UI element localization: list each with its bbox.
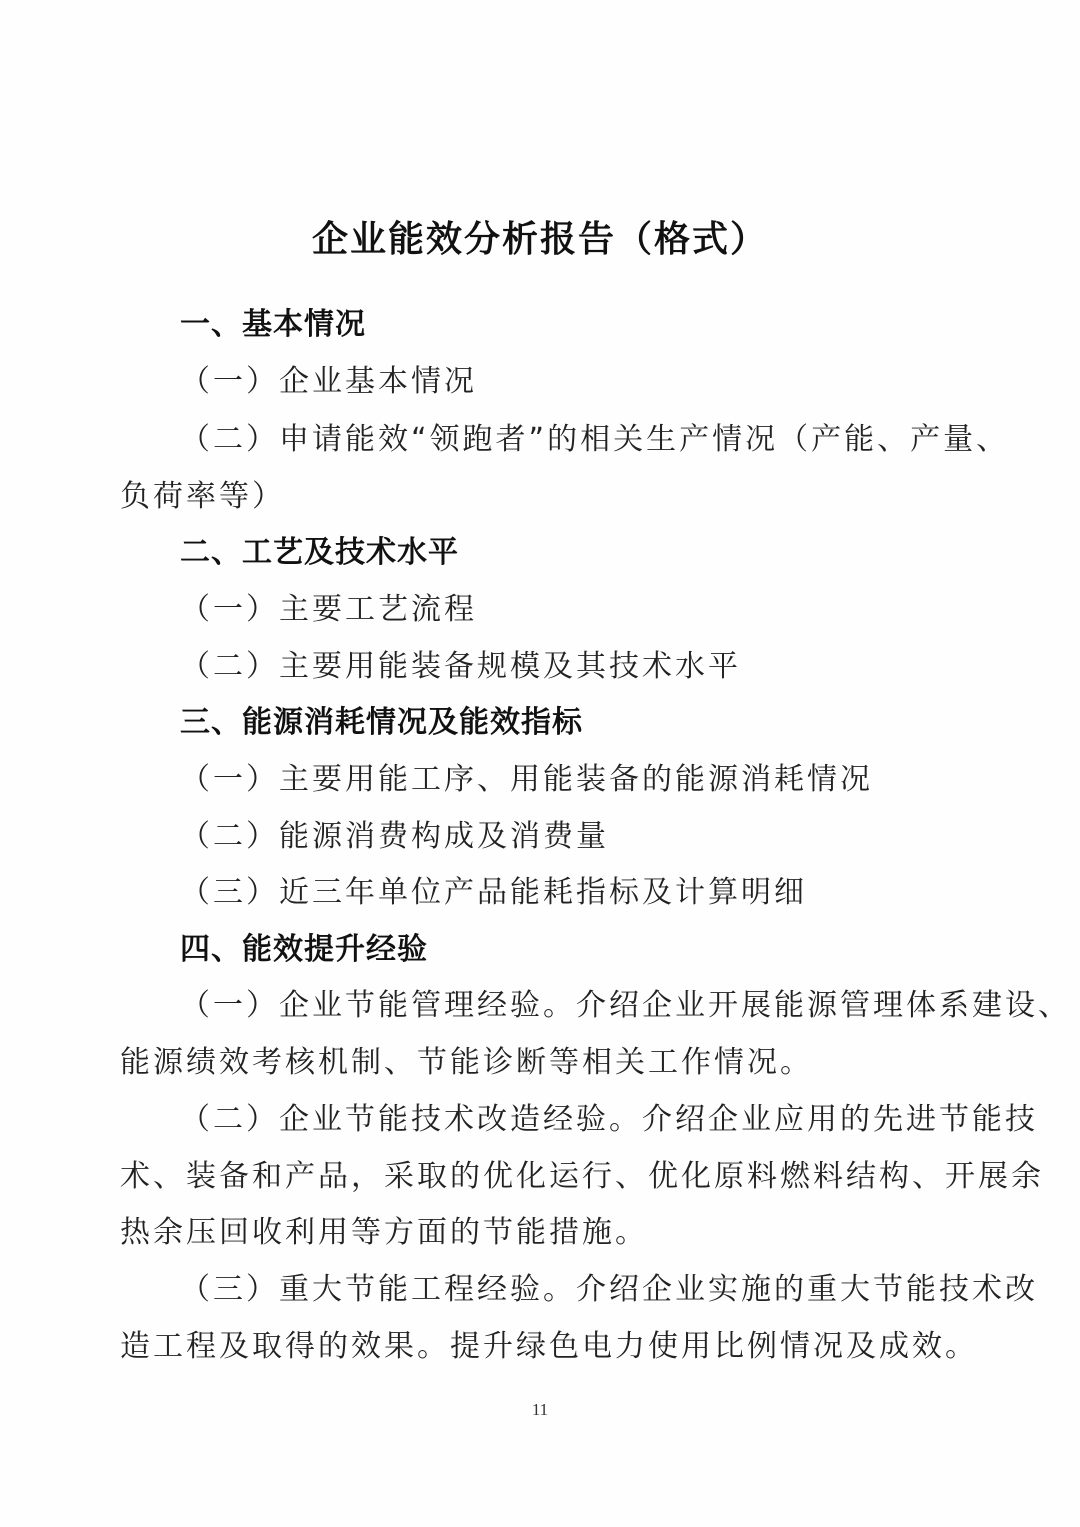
section-heading-energy-consumption: 三、能源消耗情况及能效指标 [180, 703, 583, 743]
item-4-2-line1: （二）企业节能技术改造经验。介绍企业应用的先进节能技 [180, 1100, 1038, 1140]
section-heading-process-tech: 二、工艺及技术水平 [180, 533, 459, 573]
item-4-1-line1: （一）企业节能管理经验。介绍企业开展能源管理体系建设、 [180, 986, 1071, 1026]
item-2-1: （一）主要工艺流程 [180, 590, 477, 630]
item-4-2-line3: 热余压回收利用等方面的节能措施。 [120, 1213, 648, 1253]
item-3-2: （二）能源消费构成及消费量 [180, 817, 609, 857]
document-page: 企业能效分析报告（格式） 一、基本情况 （一）企业基本情况 （二）申请能效“领跑… [0, 0, 1080, 1527]
section-heading-efficiency-experience: 四、能效提升经验 [180, 930, 428, 970]
item-4-1-line2: 能源绩效考核机制、节能诊断等相关工作情况。 [120, 1043, 813, 1083]
item-1-2-line2: 负荷率等） [120, 477, 285, 517]
document-title: 企业能效分析报告（格式） [0, 215, 1080, 265]
item-4-2-line2: 术、装备和产品，采取的优化运行、优化原料燃料结构、开展余 [120, 1157, 1044, 1197]
page-number: 11 [0, 1400, 1080, 1420]
item-3-3: （三）近三年单位产品能耗指标及计算明细 [180, 873, 807, 913]
item-2-2: （二）主要用能装备规模及其技术水平 [180, 647, 741, 687]
section-heading-basic-info: 一、基本情况 [180, 305, 366, 345]
item-4-3-line2: 造工程及取得的效果。提升绿色电力使用比例情况及成效。 [120, 1327, 978, 1367]
item-3-1: （一）主要用能工序、用能装备的能源消耗情况 [180, 760, 873, 800]
item-1-2-line1: （二）申请能效“领跑者”的相关生产情况（产能、产量、 [180, 420, 1009, 460]
item-4-3-line1: （三）重大节能工程经验。介绍企业实施的重大节能技术改 [180, 1270, 1038, 1310]
item-1-1: （一）企业基本情况 [180, 362, 477, 402]
